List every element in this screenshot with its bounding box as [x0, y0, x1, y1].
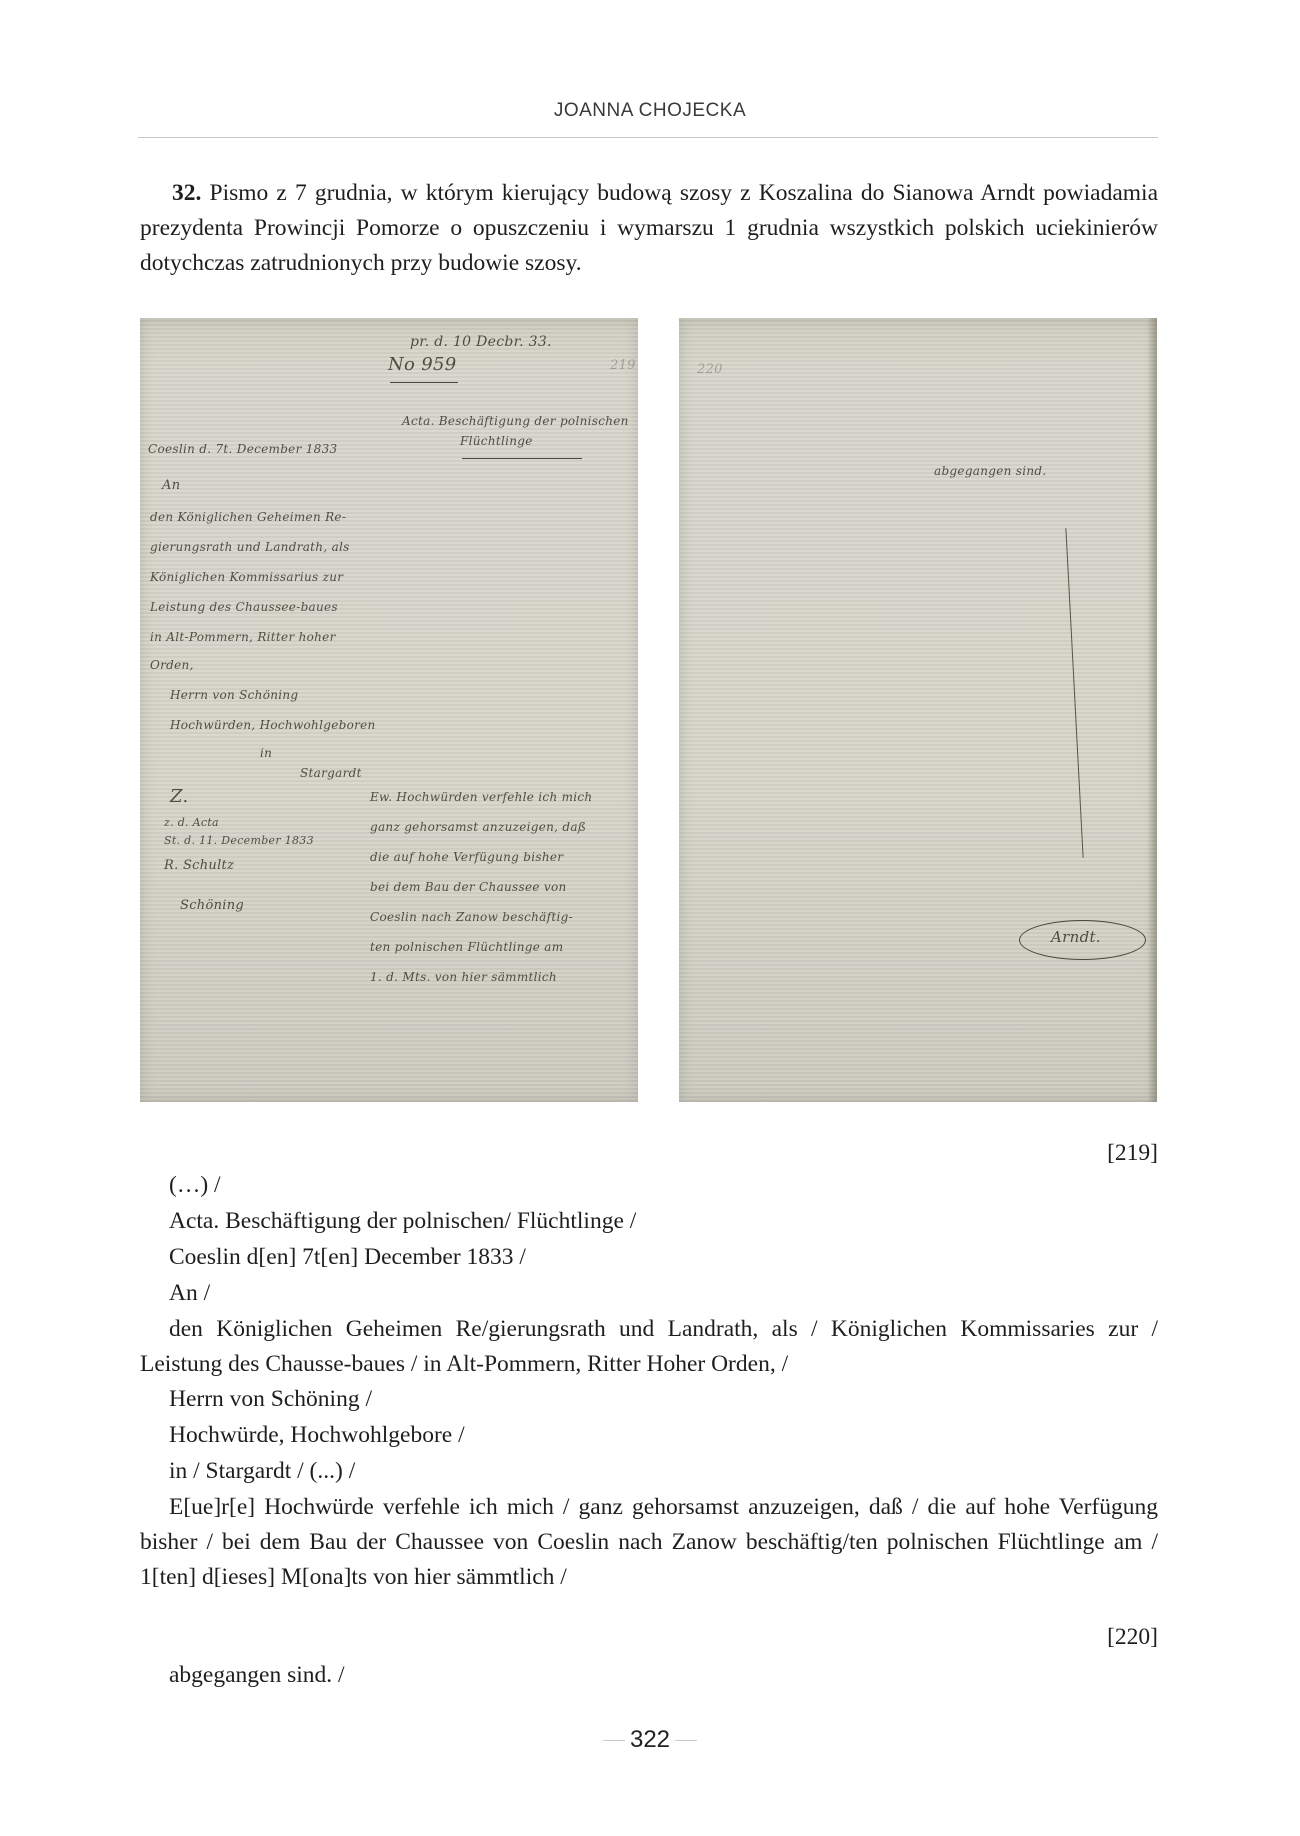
pencil-folio: 219 [610, 358, 636, 373]
folio-marker-219: [219] [1107, 1140, 1158, 1167]
address-an: An [162, 478, 180, 493]
address-line: Orden, [150, 658, 194, 672]
body-line: bei dem Bau der Chaussee von [370, 880, 567, 894]
running-head: JOANNA CHOJECKA [0, 100, 1300, 122]
transcription-line: Acta. Beschäftigung der polnischen/ Flüc… [140, 1204, 1158, 1239]
body-line: Ew. Hochwürden verfehle ich mich [370, 790, 592, 804]
address-line: Königlichen Kommissarius zur [150, 570, 343, 584]
page-number-value: 322 [630, 1726, 670, 1753]
margin-note: Z. [170, 786, 189, 807]
signature: Arndt. [1051, 928, 1101, 946]
document-number: 32. [172, 180, 201, 206]
transcription-line: Coeslin d[en] 7t[en] December 1833 / [140, 1240, 1158, 1275]
margin-note: St. d. 11. December 1833 [164, 834, 314, 847]
end-stroke [1065, 528, 1083, 858]
address-line: den Königlichen Geheimen Re- [150, 510, 346, 524]
page-number: 322 [0, 1726, 1300, 1754]
header-rule [138, 137, 1158, 138]
address-line: in [260, 746, 272, 760]
closing-text: abgegangen sind. [934, 464, 1047, 478]
document-caption: 32. Pismo z 7 grudnia, w którym kierując… [140, 176, 1158, 281]
folio-marker-220: [220] [1107, 1624, 1158, 1651]
address-line: in Alt-Pommern, Ritter hoher [150, 630, 336, 644]
transcription-paragraph: den Königlichen Geheimen Re/gierungsrath… [140, 1312, 1158, 1382]
acta-heading-2: Flüchtlinge [460, 434, 533, 448]
transcription-line: Herrn von Schöning / [140, 1382, 1158, 1417]
manuscript-scan-219: pr. d. 10 Decbr. 33. No 959 219 Acta. Be… [140, 318, 638, 1102]
address-line: Stargardt [300, 766, 362, 780]
margin-note: R. Schultz [164, 858, 234, 873]
transcription-paragraph: E[ue]r[e] Hochwürde verfehle ich mich / … [140, 1490, 1158, 1595]
address-line: Hochwürden, Hochwohlgeboren [170, 718, 376, 732]
transcription-line: An / [140, 1276, 1158, 1311]
body-line: die auf hohe Verfügung bisher [370, 850, 563, 864]
margin-note: Schöning [180, 898, 244, 913]
transcription-line: (…) / [140, 1168, 1158, 1203]
body-line: ten polnischen Flüchtlinge am [370, 940, 563, 954]
address-line: Leistung des Chaussee-baues [150, 600, 338, 614]
acta-heading: Acta. Beschäftigung der polnischen [402, 414, 629, 428]
document-caption-text: Pismo z 7 grudnia, w którym kierujący bu… [140, 180, 1158, 276]
margin-note: z. d. Acta [164, 816, 219, 829]
transcription-line: Hochwürde, Hochwohlgebore / [140, 1418, 1158, 1453]
address-line: Herrn von Schöning [170, 688, 298, 702]
register-number: No 959 [388, 354, 456, 375]
page-number-dash [675, 1740, 697, 1741]
underline [462, 458, 582, 459]
body-line: 1. d. Mts. von hier sämmtlich [370, 970, 557, 984]
place-date: Coeslin d. 7t. December 1833 [148, 442, 337, 456]
body-line: Coeslin nach Zanow beschäftig- [370, 910, 573, 924]
transcription-line: in / Stargardt / (...) / [140, 1454, 1158, 1489]
transcription-line: abgegangen sind. / [140, 1658, 1158, 1693]
page-number-dash [603, 1740, 625, 1741]
body-line: ganz gehorsamst anzuzeigen, daß [370, 820, 586, 834]
receipt-note: pr. d. 10 Decbr. 33. [410, 334, 552, 350]
pencil-folio: 220 [697, 362, 723, 377]
manuscript-scan-220: 220 abgegangen sind. Arndt. [679, 318, 1157, 1102]
address-line: gierungsrath und Landrath, als [150, 540, 350, 554]
underline [390, 382, 458, 383]
